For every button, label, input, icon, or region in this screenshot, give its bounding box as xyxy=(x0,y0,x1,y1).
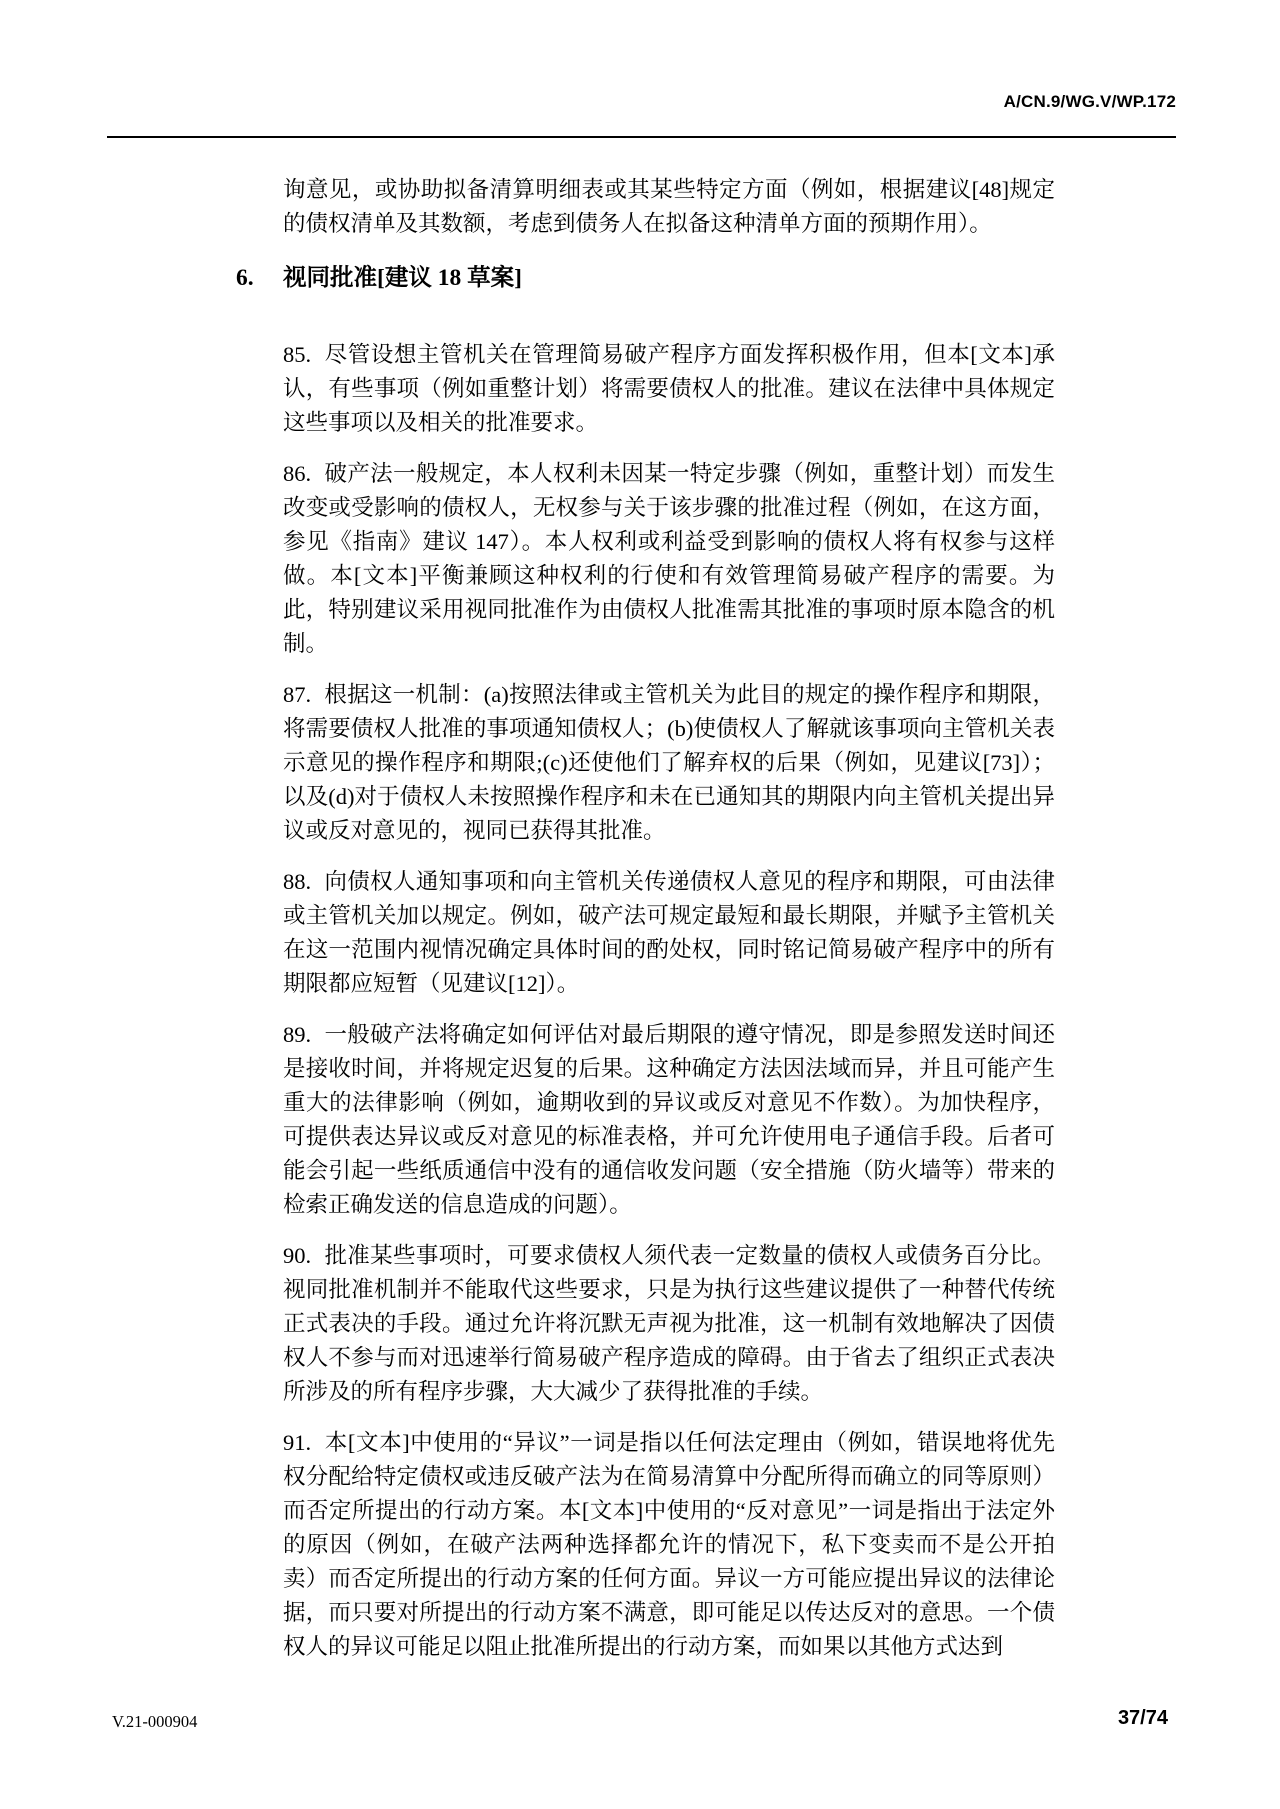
paragraph-text: 根据这一机制：(a)按照法律或主管机关为此目的规定的操作程序和期限，将需要债权人… xyxy=(283,682,1055,843)
section-heading: 6. 视同批准[建议 18 草案] xyxy=(283,261,1055,295)
document-page: A/CN.9/WG.V/WP.172 询意见，或协助拟备清算明细表或其某些特定方… xyxy=(0,0,1280,1809)
section-title: 视同批准[建议 18 草案] xyxy=(283,265,522,291)
paragraph: 87.根据这一机制：(a)按照法律或主管机关为此目的规定的操作程序和期限，将需要… xyxy=(283,678,1055,848)
paragraph-number: 85. xyxy=(283,342,311,367)
paragraph-number: 88. xyxy=(283,869,311,894)
section-number: 6. xyxy=(236,261,254,295)
paragraph: 91.本[文本]中使用的“异议”一词是指以任何法定理由（例如，错误地将优先权分配… xyxy=(283,1426,1055,1664)
paragraph: 86.破产法一般规定，本人权利未因某一特定步骤（例如，重整计划）而发生改变或受影… xyxy=(283,457,1055,661)
paragraph-text: 一般破产法将确定如何评估对最后期限的遵守情况，即是参照发送时间还是接收时间，并将… xyxy=(283,1022,1055,1217)
paragraph-number: 89. xyxy=(283,1022,311,1047)
paragraph-text: 尽管设想主管机关在管理简易破产程序方面发挥积极作用，但本[文本]承认，有些事项（… xyxy=(283,342,1055,435)
continuation-paragraph: 询意见，或协助拟备清算明细表或其某些特定方面（例如，根据建议[48]规定的债权清… xyxy=(283,173,1055,241)
page-number: 37/74 xyxy=(1118,1707,1168,1730)
paragraph: 85.尽管设想主管机关在管理简易破产程序方面发挥积极作用，但本[文本]承认，有些… xyxy=(283,338,1055,440)
paragraph-text: 本[文本]中使用的“异议”一词是指以任何法定理由（例如，错误地将优先权分配给特定… xyxy=(283,1430,1055,1659)
header-rule xyxy=(107,136,1176,138)
paragraph-number: 91. xyxy=(283,1430,311,1455)
job-number: V.21-000904 xyxy=(112,1712,197,1732)
paragraph-number: 90. xyxy=(283,1243,311,1268)
document-symbol: A/CN.9/WG.V/WP.172 xyxy=(1004,92,1176,112)
paragraph-number: 86. xyxy=(283,461,311,486)
paragraph: 89.一般破产法将确定如何评估对最后期限的遵守情况，即是参照发送时间还是接收时间… xyxy=(283,1018,1055,1222)
paragraph-number: 87. xyxy=(283,682,311,707)
document-body: 询意见，或协助拟备清算明细表或其某些特定方面（例如，根据建议[48]规定的债权清… xyxy=(283,173,1055,1664)
paragraph-text: 破产法一般规定，本人权利未因某一特定步骤（例如，重整计划）而发生改变或受影响的债… xyxy=(283,461,1055,656)
paragraph-text: 向债权人通知事项和向主管机关传递债权人意见的程序和期限，可由法律或主管机关加以规… xyxy=(283,869,1055,996)
paragraph-text: 批准某些事项时，可要求债权人须代表一定数量的债权人或债务百分比。视同批准机制并不… xyxy=(283,1243,1055,1404)
paragraph: 88.向债权人通知事项和向主管机关传递债权人意见的程序和期限，可由法律或主管机关… xyxy=(283,865,1055,1001)
paragraph: 90.批准某些事项时，可要求债权人须代表一定数量的债权人或债务百分比。视同批准机… xyxy=(283,1239,1055,1409)
